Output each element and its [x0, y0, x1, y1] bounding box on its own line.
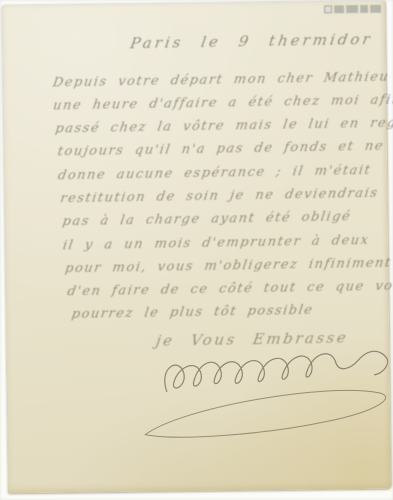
- body-line: une heure d'affaire a été chez moi afin: [52, 93, 393, 114]
- body-line: pas à la charge ayant été obligé: [61, 209, 352, 229]
- watermark-text-block: [346, 5, 358, 13]
- body-line: Depuis votre départ mon cher Mathieu: [52, 70, 391, 91]
- camera-logo-icon: [324, 5, 332, 13]
- paraph-flourish: [145, 390, 386, 438]
- body-line: restitution de soin je ne deviendrais: [59, 186, 379, 207]
- date-line: Paris le 9 thermidor: [129, 30, 374, 52]
- body-line: toujours qu'il n'a pas de fonds et ne: [56, 139, 385, 160]
- letter-page: Paris le 9 thermidor Depuis votre départ…: [2, 1, 391, 494]
- body-line: passé chez la vôtre mais le lui en regar…: [54, 115, 393, 136]
- watermark-text-block: [360, 5, 368, 13]
- closing-line: je Vous Embrasse: [155, 329, 350, 350]
- body-line: pour moi, vous m'obligerez infiniment: [64, 256, 393, 277]
- letter-photograph: Paris le 9 thermidor Depuis votre départ…: [0, 0, 393, 500]
- watermark-text-block: [370, 5, 381, 13]
- watermark-text-block: [334, 5, 344, 13]
- auction-watermark: [324, 5, 381, 14]
- signature-scrawl: [164, 351, 388, 391]
- body-line: donne aucune espérance ; il m'était: [57, 163, 373, 183]
- body-line: pourrez le plus tôt possible: [71, 303, 315, 322]
- body-line: il y a un mois d'emprunter à deux: [62, 233, 371, 253]
- body-line: d'en faire de ce côté tout ce que vous: [66, 278, 393, 299]
